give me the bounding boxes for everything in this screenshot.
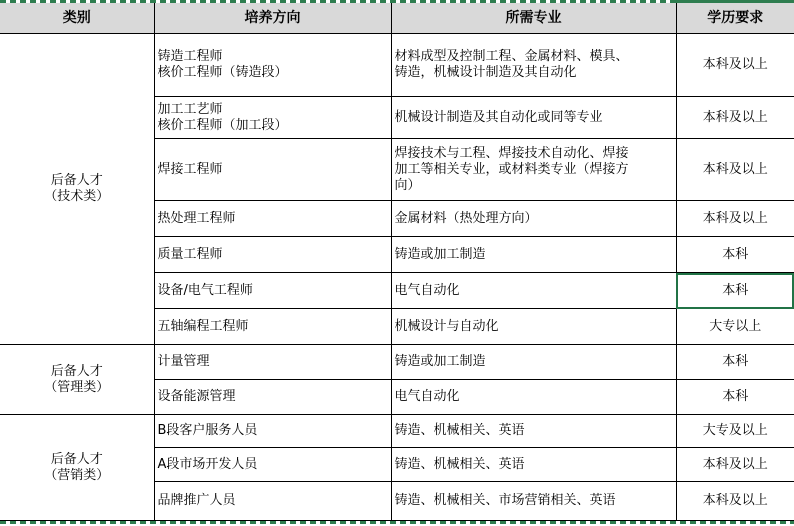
direction-cell[interactable]: 五轴编程工程师 (154, 309, 391, 345)
direction-cell[interactable]: 铸造工程师 核价工程师（铸造段） (154, 34, 391, 97)
major-cell[interactable]: 材料成型及控制工程、金属材料、模具、 铸造，机械设计制造及其自动化 (391, 34, 676, 97)
education-cell[interactable]: 本科及以上 (676, 97, 794, 139)
direction-cell[interactable]: 品牌推广人员 (154, 482, 391, 521)
table-row: 后备人才 （管理类） 计量管理 铸造或加工制造 本科 (0, 345, 794, 380)
header-education[interactable]: 学历要求 (676, 3, 794, 34)
education-cell[interactable]: 大专及以上 (676, 415, 794, 448)
table-row: 后备人才 （技术类） 铸造工程师 核价工程师（铸造段） 材料成型及控制工程、金属… (0, 34, 794, 97)
header-direction[interactable]: 培养方向 (154, 3, 391, 34)
major-cell[interactable]: 机械设计与自动化 (391, 309, 676, 345)
copy-marquee-bottom (0, 521, 794, 524)
category-cell-sales[interactable]: 后备人才 （营销类） (0, 415, 154, 521)
category-cell-management[interactable]: 后备人才 （管理类） (0, 345, 154, 415)
education-cell[interactable]: 本科 (676, 380, 794, 415)
education-cell-selected[interactable]: 本科 (676, 273, 794, 309)
direction-cell[interactable]: 设备/电气工程师 (154, 273, 391, 309)
header-row: 类别 培养方向 所需专业 学历要求 (0, 3, 794, 34)
header-category[interactable]: 类别 (0, 3, 154, 34)
education-cell[interactable]: 本科及以上 (676, 482, 794, 521)
direction-cell[interactable]: 计量管理 (154, 345, 391, 380)
major-cell[interactable]: 铸造、机械相关、英语 (391, 448, 676, 482)
education-cell[interactable]: 本科及以上 (676, 139, 794, 201)
major-cell[interactable]: 铸造、机械相关、市场营销相关、英语 (391, 482, 676, 521)
direction-cell[interactable]: B段客户服务人员 (154, 415, 391, 448)
major-cell[interactable]: 电气自动化 (391, 380, 676, 415)
direction-cell[interactable]: 加工工艺师 核价工程师（加工段） (154, 97, 391, 139)
education-cell[interactable]: 本科及以上 (676, 34, 794, 97)
direction-cell[interactable]: 设备能源管理 (154, 380, 391, 415)
direction-cell[interactable]: 质量工程师 (154, 237, 391, 273)
direction-cell[interactable]: 热处理工程师 (154, 201, 391, 237)
recruitment-table: 类别 培养方向 所需专业 学历要求 后备人才 （技术类） 铸造工程师 核价工程师… (0, 3, 794, 521)
major-cell[interactable]: 铸造、机械相关、英语 (391, 415, 676, 448)
education-cell[interactable]: 本科 (676, 237, 794, 273)
major-cell[interactable]: 电气自动化 (391, 273, 676, 309)
major-cell[interactable]: 金属材料（热处理方向） (391, 201, 676, 237)
education-cell[interactable]: 大专以上 (676, 309, 794, 345)
major-cell[interactable]: 铸造或加工制造 (391, 345, 676, 380)
education-cell[interactable]: 本科及以上 (676, 448, 794, 482)
major-cell[interactable]: 焊接技术与工程、焊接技术自动化、焊接 加工等相关专业，或材料类专业（焊接方 向） (391, 139, 676, 201)
direction-cell[interactable]: 焊接工程师 (154, 139, 391, 201)
direction-cell[interactable]: A段市场开发人员 (154, 448, 391, 482)
category-cell-technical[interactable]: 后备人才 （技术类） (0, 34, 154, 345)
header-major[interactable]: 所需专业 (391, 3, 676, 34)
education-cell[interactable]: 本科 (676, 345, 794, 380)
major-cell[interactable]: 机械设计制造及其自动化或同等专业 (391, 97, 676, 139)
table-row: 后备人才 （营销类） B段客户服务人员 铸造、机械相关、英语 大专及以上 (0, 415, 794, 448)
education-cell[interactable]: 本科及以上 (676, 201, 794, 237)
major-cell[interactable]: 铸造或加工制造 (391, 237, 676, 273)
